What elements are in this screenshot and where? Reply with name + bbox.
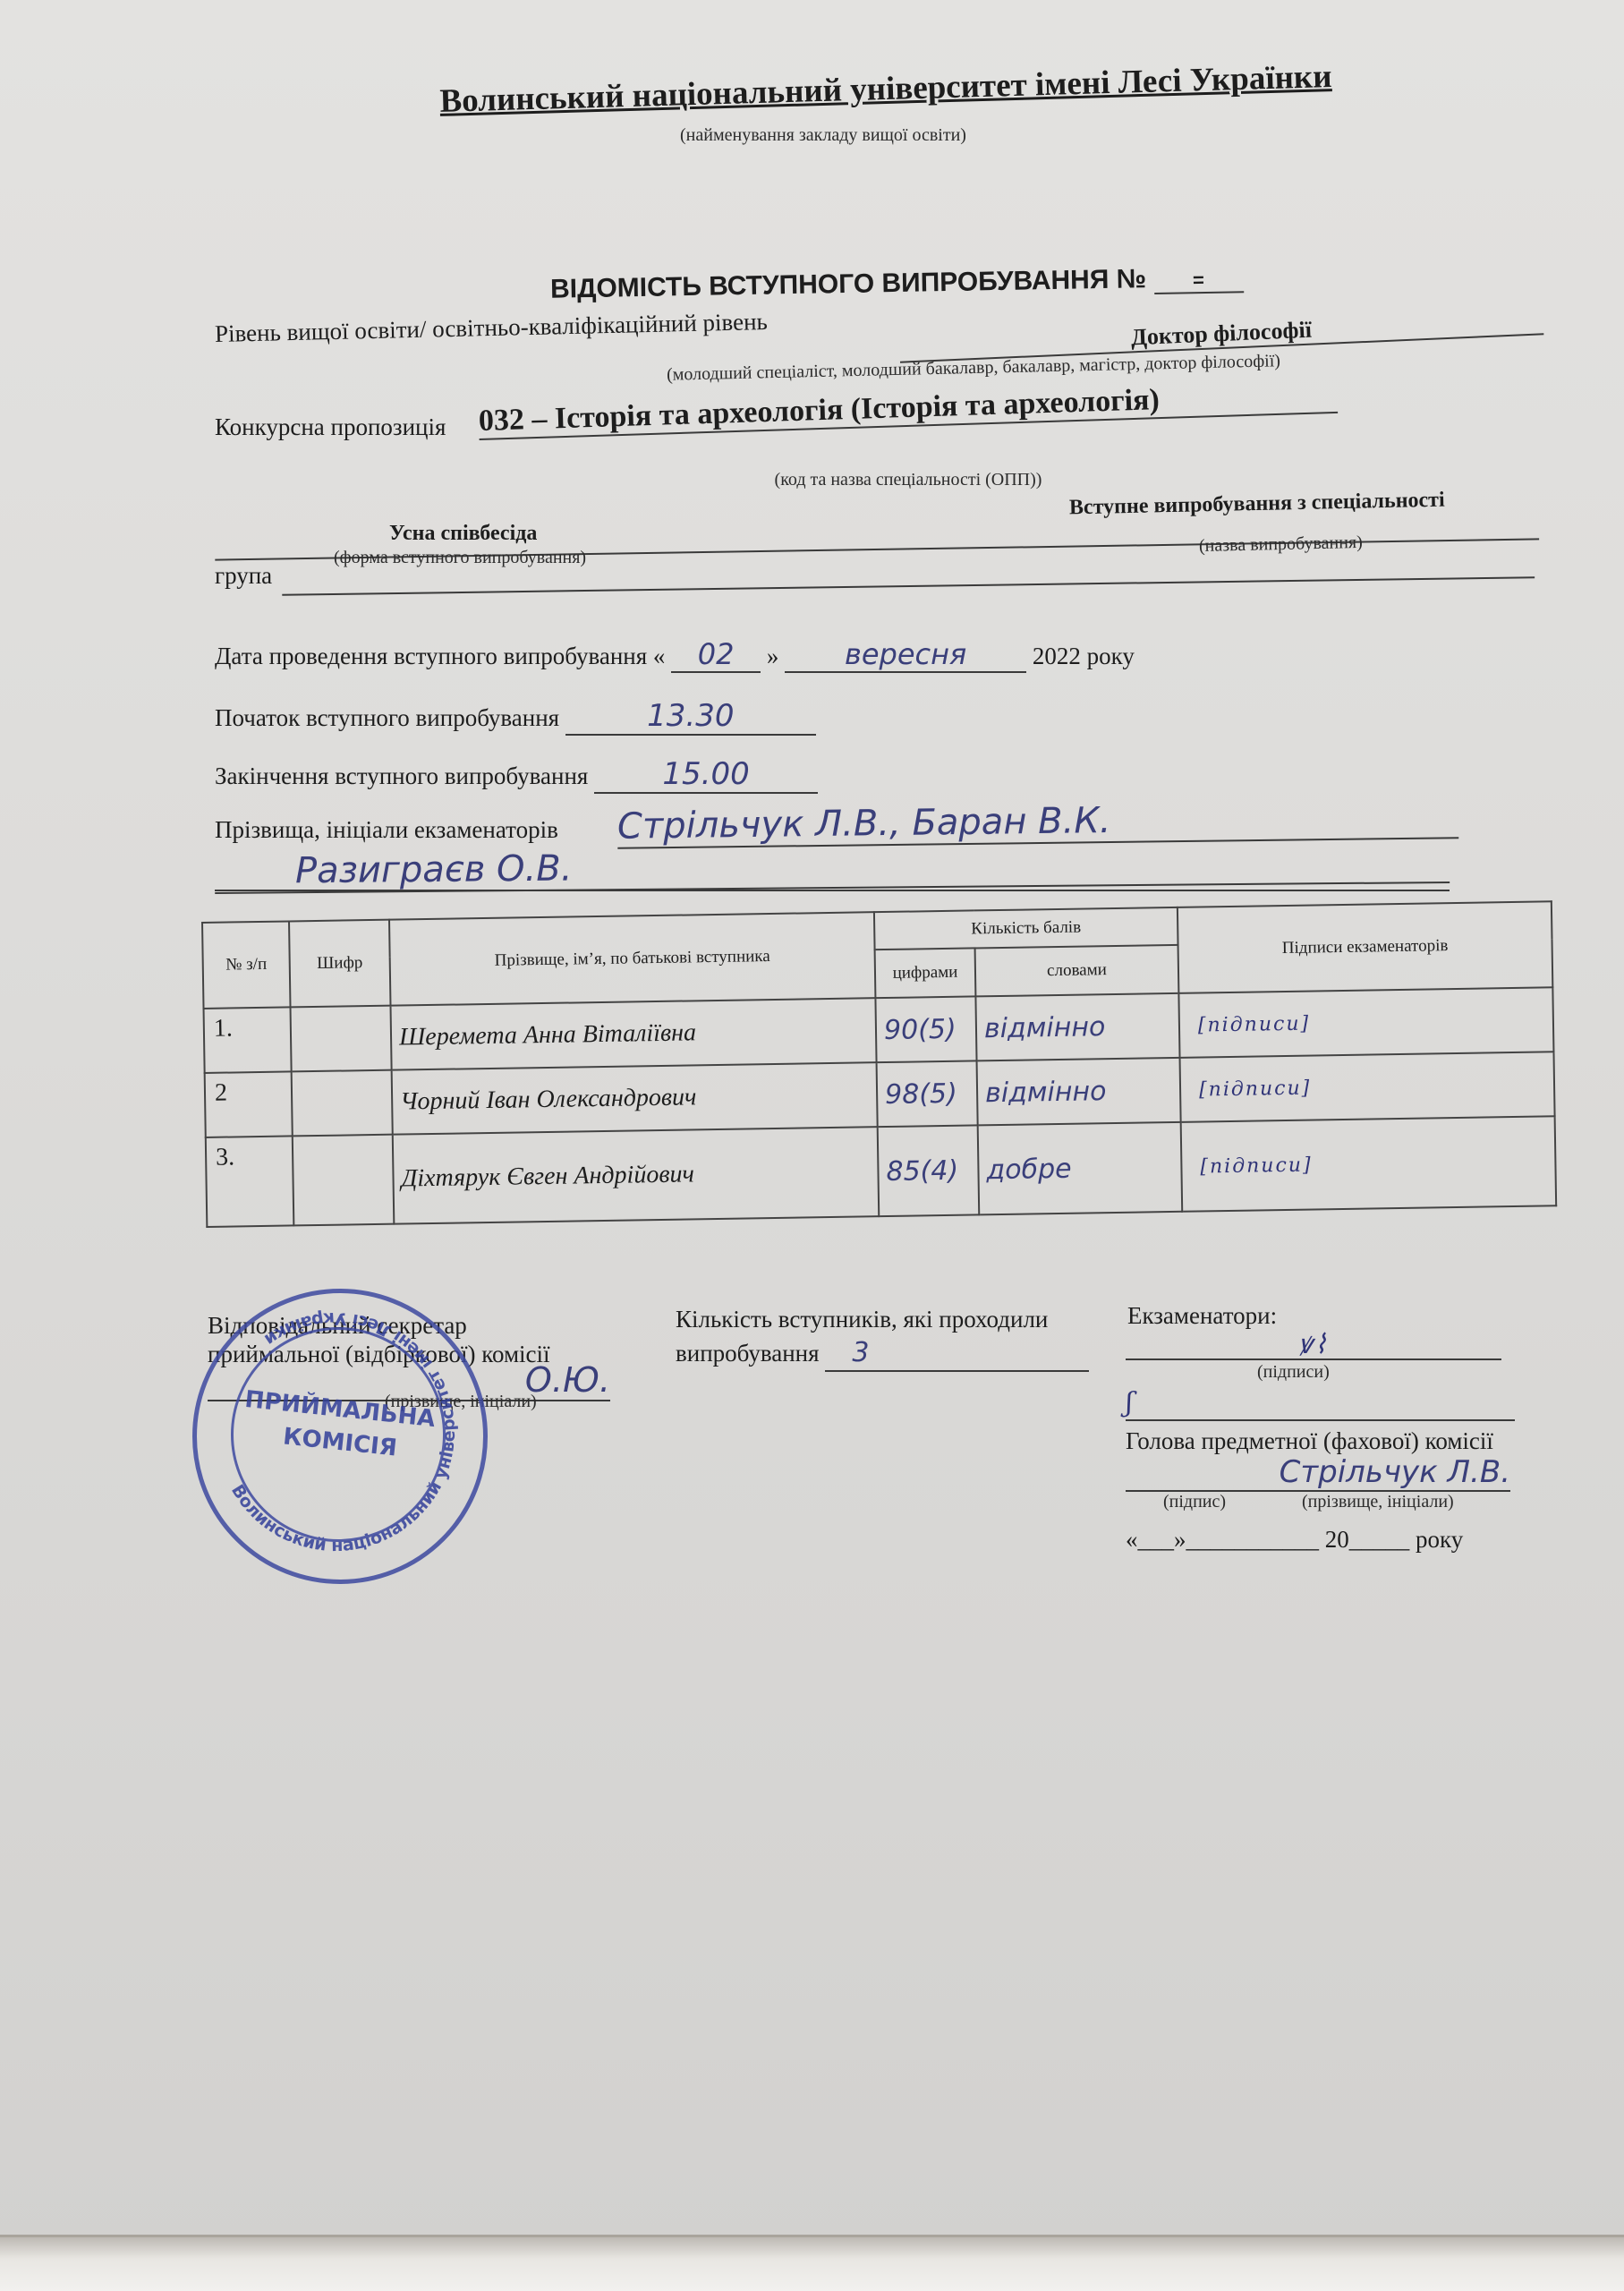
head-label: Голова предметної (фахової) комісії (1126, 1427, 1493, 1455)
row-code[interactable] (293, 1135, 395, 1226)
col-code: Шифр (289, 920, 390, 1008)
count-block: Кількість вступників, які проходили випр… (676, 1302, 1089, 1372)
university-caption: (найменування закладу вищої освіти) (573, 125, 1074, 146)
row-score-digits[interactable]: 98(5) (877, 1060, 978, 1127)
end-label: Закінчення вступного випробування (215, 762, 588, 789)
svg-text:Волинський національний універ: Волинський національний університет імен… (227, 1308, 459, 1555)
count-label-1: Кількість вступників, які проходили (676, 1302, 1089, 1336)
row-score-words[interactable]: відмінно (977, 1058, 1181, 1126)
row-score-digits[interactable]: 90(5) (875, 996, 976, 1062)
proposal-caption: (код та назва спеціальності (ОПП)) (707, 470, 1110, 490)
commission-stamp: ПРИЙМАЛЬНА КОМІСІЯ Волинський національн… (192, 1289, 488, 1584)
start-row: Початок вступного випробування 13.30 (215, 698, 816, 736)
stamp-ring-text: Волинський національний університет імен… (197, 1293, 474, 1571)
row-code[interactable] (292, 1070, 393, 1137)
count-value[interactable]: 3 (825, 1336, 1089, 1372)
count-label-2: випробування (676, 1340, 820, 1367)
exam-form-value: Усна співбесіда (389, 522, 537, 546)
date-month[interactable]: вересня (785, 637, 1026, 673)
row-signatures[interactable]: [підписи] (1180, 1052, 1555, 1122)
row-number: 3. (206, 1136, 294, 1227)
start-time[interactable]: 13.30 (565, 698, 816, 736)
date-label: Дата проведення вступного випробування « (215, 643, 665, 669)
paper-edge (0, 2235, 1624, 2291)
proposal-label: Конкурсна пропозиція (215, 413, 446, 441)
examiners-signature-line[interactable]: ꝟ⌇ (1126, 1324, 1501, 1360)
row-signatures[interactable]: [підписи] (1181, 1116, 1557, 1212)
row-signatures[interactable]: [підписи] (1178, 987, 1553, 1058)
col-words: словами (975, 945, 1179, 997)
group-label: група (215, 562, 272, 590)
scores-table: № з/п Шифр Прізвище, ім’я, по батькові в… (201, 900, 1557, 1228)
col-signatures: Підписи екзаменаторів (1178, 901, 1552, 993)
row-score-words[interactable]: відмінно (975, 993, 1179, 1061)
date-row: Дата проведення вступного випробування «… (215, 637, 1288, 673)
col-digits: цифрами (875, 948, 976, 998)
document-number: = (1153, 268, 1243, 294)
col-number: № з/п (202, 921, 290, 1009)
row-applicant-name: Діхтярук Євген Андрійович (393, 1127, 880, 1224)
row-score-words[interactable]: добре (978, 1122, 1183, 1215)
date-day[interactable]: 02 (671, 637, 761, 673)
examiners-line-3[interactable] (215, 886, 1450, 891)
row-applicant-name: Чорний Іван Олександрович (392, 1062, 878, 1135)
col-name: Прізвище, ім’я, по батькові вступника (389, 912, 875, 1006)
row-number: 2 (205, 1071, 293, 1137)
start-label: Початок вступного випробування (215, 704, 559, 731)
examiners-label: Прізвища, ініціали екзаменаторів (215, 816, 558, 844)
head-sign-caption: (підпис) (1163, 1492, 1226, 1512)
examiners-sign-caption: (підписи) (1257, 1362, 1330, 1383)
head-name-caption: (прізвище, ініціали) (1302, 1492, 1454, 1512)
date-year: 2022 року (1033, 643, 1135, 669)
col-score-group: Кількість балів (874, 907, 1178, 950)
end-time[interactable]: 15.00 (594, 756, 818, 794)
head-signature[interactable]: Стрільчук Л.В. (1126, 1454, 1510, 1492)
row-code[interactable] (291, 1006, 392, 1072)
row-applicant-name: Шеремета Анна Віталіївна (390, 998, 876, 1070)
approval-date[interactable]: «___»___________ 20_____ року (1126, 1526, 1463, 1554)
row-number: 1. (204, 1007, 292, 1073)
end-row: Закінчення вступного випробування 15.00 (215, 756, 818, 794)
date-separator: » (767, 643, 779, 669)
row-score-digits[interactable]: 85(4) (878, 1125, 980, 1216)
examiners-signature-line-2[interactable]: ʃ (1126, 1387, 1515, 1421)
